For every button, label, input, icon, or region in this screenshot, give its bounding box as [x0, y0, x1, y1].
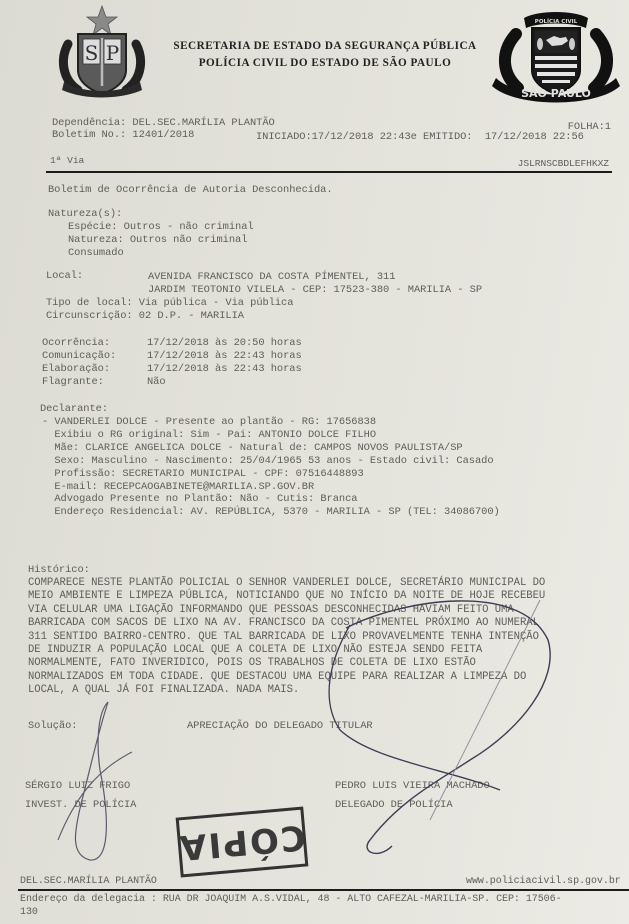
sp-coat-of-arms-icon: S P	[54, 4, 150, 100]
declarante-line: Exibiu o RG original: Sim - Pai: ANTONIO…	[42, 429, 376, 441]
copia-stamp: CÓPIA	[176, 807, 309, 878]
declarante-line: Mãe: CLARICE ANGELICA DOLCE - Natural de…	[42, 442, 463, 454]
historico-line: DE INDUZIR A POPULAÇÃO LOCAL QUE A COLET…	[28, 644, 482, 656]
tipo-local-row: Tipo de local: Via pública - Via pública	[46, 297, 293, 309]
document-code: JSLRNSCBDLEFHKXZ	[518, 158, 609, 170]
natureza-label: Natureza(s):	[48, 208, 122, 220]
declarante-line: Profissão: SECRETARIO MUNICIPAL - CPF: 0…	[42, 468, 364, 480]
declarante-line: E-mail: RECEPCAOGABINETE@MARILIA.SP.GOV.…	[42, 481, 314, 493]
historico-line: COMPARECE NESTE PLANTÃO POLICIAL O SENHO…	[28, 577, 545, 589]
iniciado: INICIADO:17/12/2018 22:43	[256, 131, 411, 143]
historico-line: 311 SENTIDO BAIRRO-CENTRO. QUE TAL BARRI…	[28, 631, 539, 643]
boletim-row: Boletim No.: 12401/2018	[52, 129, 194, 141]
declarante-line: Advogado Presente no Plantão: Não - Cuti…	[42, 493, 357, 505]
circunscricao-value: 02 D.P. - MARILIA	[139, 310, 244, 322]
emitido: 17/12/2018 22:56	[485, 131, 584, 143]
local-label: Local:	[46, 270, 83, 282]
declarante-line: - VANDERLEI DOLCE - Presente ao plantão …	[42, 416, 376, 428]
date-label: Elaboração:	[42, 363, 147, 375]
police-report-document: S P SECRETARIA DE ESTADO DA SEGURANÇA PÚ…	[0, 0, 629, 924]
iniciado-emitido-row: INICIADO:17/12/2018 22:43e EMITIDO: 17/1…	[256, 131, 584, 143]
natureza-natureza: Natureza: Outros não criminal	[68, 234, 247, 246]
policia-civil-badge-icon: POLÍCIA CIVIL SÃO PAULO	[488, 4, 624, 104]
local-endereco-1: AVENIDA FRANCISCO DA COSTA PÍMENTEL, 311	[148, 271, 395, 283]
historico-line: NORMALMENTE, FATO INVERIDICO, POIS OS TR…	[28, 657, 476, 669]
historico-line: MEIO AMBIENTE E LIMPEZA PÚBLICA, NOTICIA…	[28, 590, 545, 602]
local-endereco-2: JARDIM TEOTONIO VILELA - CEP: 17523-380 …	[148, 284, 482, 296]
declarante-line: Endereço Residencial: AV. REPÚBLICA, 537…	[42, 506, 500, 518]
header-title-secretaria: SECRETARIA DE ESTADO DA SEGURANÇA PÚBLIC…	[160, 40, 490, 52]
natureza-especie: Espécie: Outros - não criminal	[68, 221, 254, 233]
footer-website[interactable]: www.policiacivil.sp.gov.br	[466, 876, 621, 888]
date-row: Elaboração:17/12/2018 às 22:43 horas	[42, 363, 302, 375]
svg-text:S: S	[85, 41, 99, 65]
dependencia-row: Dependência: DEL.SEC.MARÍLIA PLANTÃO	[52, 117, 275, 129]
svg-text:SÃO PAULO: SÃO PAULO	[521, 87, 591, 100]
natureza-status: Consumado	[68, 247, 124, 259]
footer-divider	[18, 889, 629, 891]
date-row: Comunicação:17/12/2018 às 22:43 horas	[42, 350, 302, 362]
tipo-local-label: Tipo de local:	[46, 297, 133, 309]
historico-line: BARRICADA COM SACOS DE LIXO NA AV. FRANC…	[28, 617, 539, 629]
footer-endereco: Endereço da delegacia : RUA DR JOAQUIM A…	[20, 894, 562, 906]
date-label: Ocorrência:	[42, 337, 147, 349]
historico-line: NORMALIZADOS EM TODA CIDADE. QUE DESTACO…	[28, 671, 526, 683]
date-value: 17/12/2018 às 22:43 horas	[147, 363, 302, 375]
header-divider	[46, 171, 612, 173]
header-title-policia-civil: POLÍCIA CIVIL DO ESTADO DE SÃO PAULO	[160, 57, 490, 69]
solucao-label: Solução:	[28, 720, 77, 732]
historico-line: VIA CELULAR UMA LIGAÇÃO INFORMANDO QUE P…	[28, 604, 514, 616]
via: 1ª Via	[50, 155, 84, 167]
boletim-number: 12401/2018	[132, 129, 194, 141]
copia-stamp-text: CÓPIA	[177, 817, 308, 868]
date-label: Flagrante:	[42, 376, 147, 388]
date-row: Ocorrência:17/12/2018 às 20:50 horas	[42, 337, 302, 349]
date-value: Não	[147, 376, 166, 388]
date-value: 17/12/2018 às 22:43 horas	[147, 350, 302, 362]
circunscricao-row: Circunscrição: 02 D.P. - MARILIA	[46, 310, 244, 322]
tipo-local-value: Via pública - Via pública	[139, 297, 294, 309]
circunscricao-label: Circunscrição:	[46, 310, 133, 322]
signatory-2-role: DELEGADO DE POLÍCIA	[335, 799, 453, 811]
declarante-label: Declarante:	[40, 403, 108, 415]
date-value: 17/12/2018 às 20:50 horas	[147, 337, 302, 349]
solucao-value: APRECIAÇÃO DO DELEGADO TITULAR	[187, 720, 373, 732]
date-label: Comunicação:	[42, 350, 147, 362]
signatory-1-role: INVEST. DE POLÍCIA	[25, 799, 136, 811]
report-type: Boletim de Ocorrência de Autoria Desconh…	[48, 184, 333, 196]
emitido-label: e EMITIDO:	[411, 131, 473, 143]
footer-dependencia: DEL.SEC.MARÍLIA PLANTÃO	[20, 876, 157, 888]
svg-text:POLÍCIA CIVIL: POLÍCIA CIVIL	[535, 17, 578, 25]
dependencia-value: DEL.SEC.MARÍLIA PLANTÃO	[132, 117, 274, 129]
date-row: Flagrante:Não	[42, 376, 166, 388]
dependencia-label: Dependência:	[52, 117, 126, 129]
historico-line: LOCAL, A QUAL JÁ FOI FINALIZADA. NADA MA…	[28, 684, 299, 696]
historico-label: Histórico:	[28, 564, 90, 576]
footer-endereco-cont: 130	[20, 907, 38, 919]
svg-text:P: P	[106, 41, 119, 65]
boletim-label: Boletim No.:	[52, 129, 126, 141]
signatory-2-name: PEDRO LUIS VIEIRA MACHADO	[335, 780, 490, 792]
signatory-1-name: SÉRGIO LUIZ FRIGO	[25, 780, 130, 792]
declarante-line: Sexo: Masculino - Nascimento: 25/04/1965…	[42, 455, 494, 467]
